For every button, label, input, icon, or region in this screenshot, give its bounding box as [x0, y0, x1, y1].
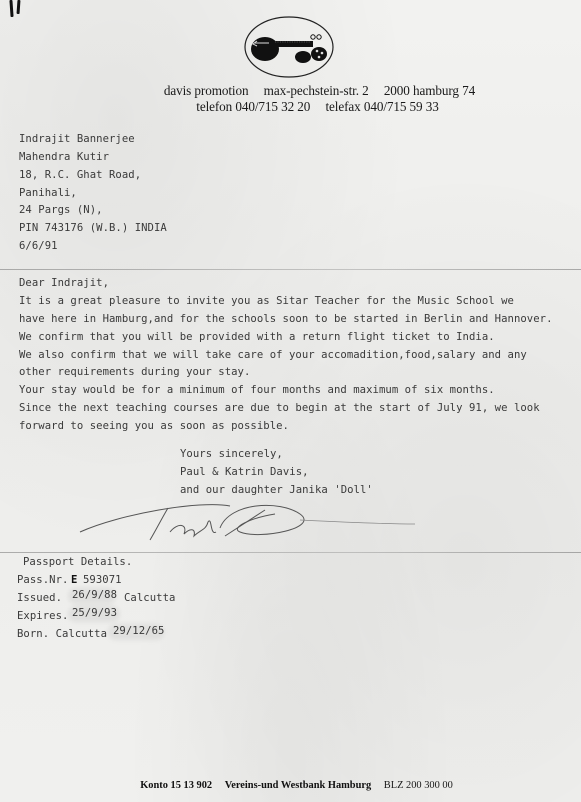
- recipient-line: 24 Pargs (N),: [19, 204, 103, 216]
- body-line: other requirements during your stay.: [19, 366, 250, 378]
- sitar-logo-icon: [243, 15, 335, 80]
- body-line: It is a great pleasure to invite you as …: [19, 295, 514, 307]
- recipient-name: Indrajit Bannerjee: [19, 133, 135, 145]
- bank-details-footer: Konto 15 13 902 Vereins-und Westbank Ham…: [0, 780, 581, 791]
- body-line: We also confirm that we will take care o…: [19, 349, 527, 361]
- fold-line: [0, 269, 581, 270]
- letter-page: davis promotion max-pechstein-str. 2 200…: [0, 0, 581, 802]
- signatory-names: Paul & Katrin Davis,: [180, 466, 309, 478]
- company-name: davis promotion: [164, 83, 249, 98]
- letterhead-contact: telefon 040/715 32 20 telefax 040/715 59…: [27, 99, 581, 115]
- passport-number-label: Pass.Nr.: [17, 574, 68, 586]
- letterhead-address: davis promotion max-pechstein-str. 2 200…: [29, 83, 581, 99]
- body-line: Since the next teaching courses are due …: [19, 402, 540, 414]
- recipient-line: Mahendra Kutir: [19, 151, 109, 163]
- fold-line: [0, 552, 581, 553]
- passport-number-prefix: E: [71, 574, 77, 586]
- born-date: 29/12/65: [113, 625, 164, 637]
- phone-number: telefon 040/715 32 20: [196, 99, 310, 114]
- handwritten-signature-icon: [60, 492, 420, 548]
- recipient-pin: PIN 743176 (W.B.) INDIA: [19, 222, 167, 234]
- handwritten-mark: [8, 0, 22, 18]
- expires-label: Expires.: [17, 610, 68, 622]
- body-line: forward to seeing you as soon as possibl…: [19, 420, 289, 432]
- issued-place: Calcutta: [124, 592, 175, 604]
- street-address: max-pechstein-str. 2: [264, 83, 369, 98]
- fax-number: telefax 040/715 59 33: [325, 99, 438, 114]
- body-line: Your stay would be for a minimum of four…: [19, 384, 495, 396]
- passport-number: 593071: [83, 574, 122, 586]
- letter-date: 6/6/91: [19, 240, 58, 252]
- expires-date: 25/9/93: [72, 607, 117, 619]
- bank-account: Konto 15 13 902: [140, 780, 212, 791]
- born-label: Born. Calcutta: [17, 628, 107, 640]
- recipient-line: Panihali,: [19, 187, 77, 199]
- body-line: have here in Hamburg,and for the schools…: [19, 313, 553, 325]
- bank-code: BLZ 200 300 00: [384, 780, 453, 791]
- issued-date: 26/9/88: [72, 589, 117, 601]
- issued-label: Issued.: [17, 592, 62, 604]
- passport-heading: Passport Details.: [23, 556, 132, 568]
- bank-name: Vereins-und Westbank Hamburg: [225, 780, 371, 791]
- closing-line: Yours sincerely,: [180, 448, 283, 460]
- recipient-line: 18, R.C. Ghat Road,: [19, 169, 141, 181]
- salutation: Dear Indrajit,: [19, 277, 109, 289]
- body-line: We confirm that you will be provided wit…: [19, 331, 495, 343]
- city-address: 2000 hamburg 74: [384, 83, 475, 98]
